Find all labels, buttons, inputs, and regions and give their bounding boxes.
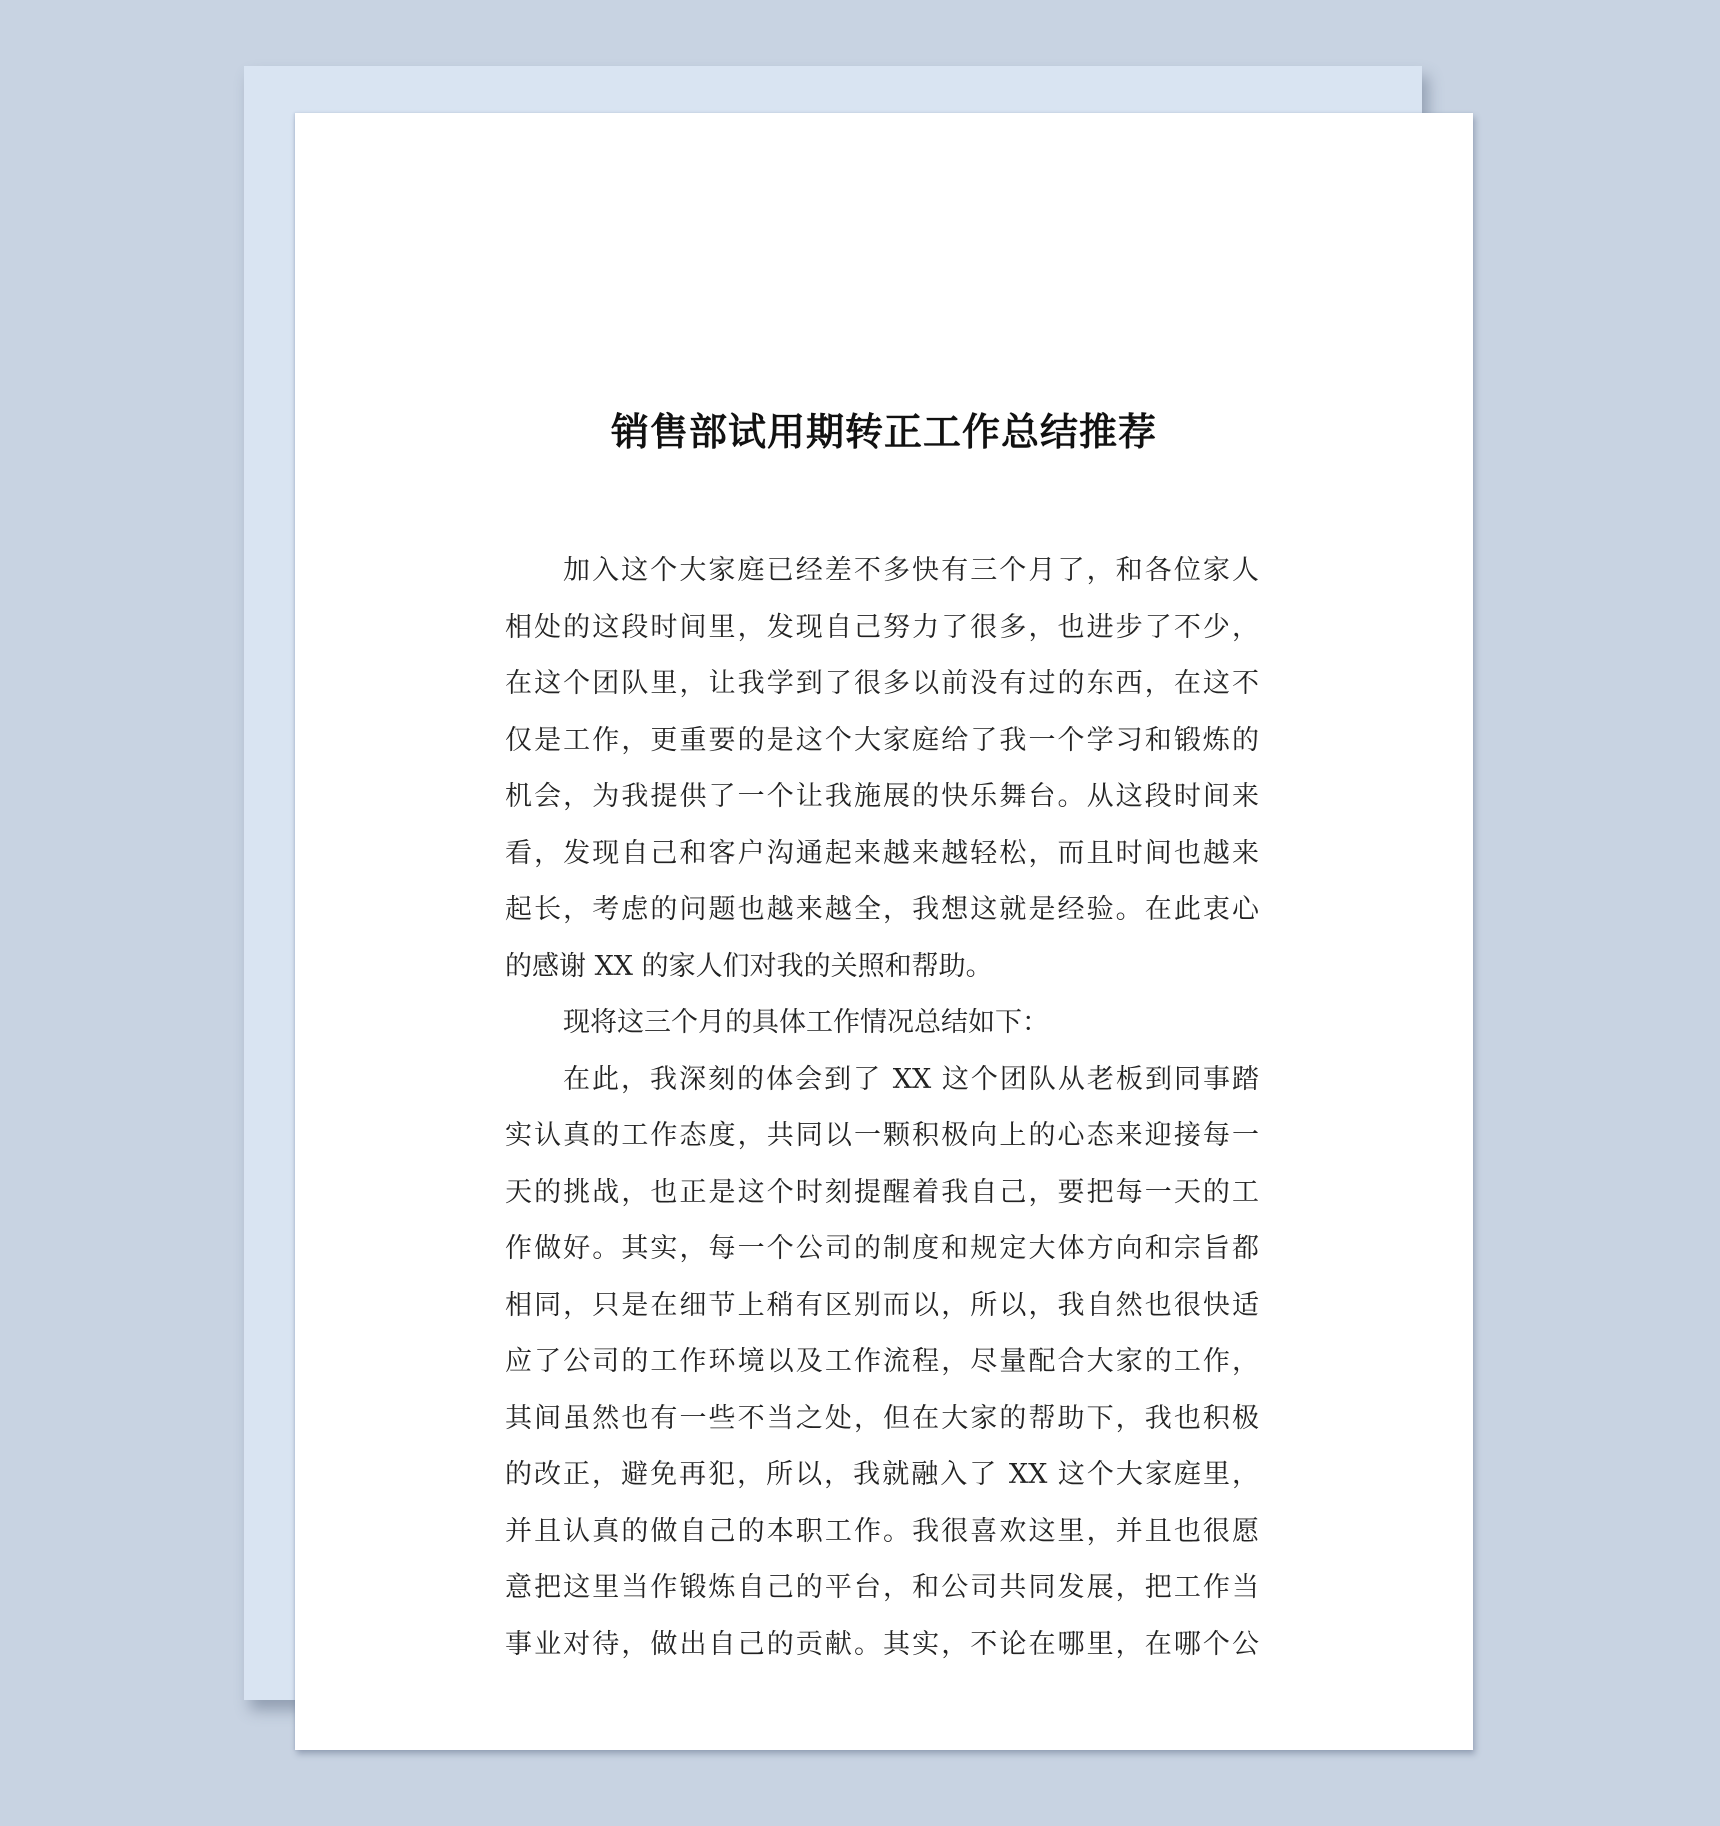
body-line: 现将这三个月的具体工作情况总结如下：	[505, 995, 1259, 1052]
body-line: 相处的这段时间里，发现自己努力了很多，也进步了不少，	[505, 600, 1259, 657]
body-line: 看，发现自己和客户沟通起来越来越轻松，而且时间也越来	[505, 826, 1259, 883]
body-line: 在这个团队里，让我学到了很多以前没有过的东西，在这不	[505, 656, 1259, 713]
body-line: 意把这里当作锻炼自己的平台，和公司共同发展，把工作当	[505, 1560, 1259, 1617]
body-line: 相同，只是在细节上稍有区别而以，所以，我自然也很快适	[505, 1278, 1259, 1335]
front-page-sheet: 销售部试用期转正工作总结推荐 加入这个大家庭已经差不多快有三个月了，和各位家人 …	[295, 113, 1473, 1750]
body-line: 机会，为我提供了一个让我施展的快乐舞台。从这段时间来	[505, 769, 1259, 826]
document-title: 销售部试用期转正工作总结推荐	[295, 413, 1473, 451]
body-line: 应了公司的工作环境以及工作流程，尽量配合大家的工作，	[505, 1334, 1259, 1391]
body-line: 其间虽然也有一些不当之处，但在大家的帮助下，我也积极	[505, 1391, 1259, 1448]
body-line: 仅是工作，更重要的是这个大家庭给了我一个学习和锻炼的	[505, 713, 1259, 770]
body-line: 加入这个大家庭已经差不多快有三个月了，和各位家人	[505, 543, 1259, 600]
body-line: 作做好。其实，每一个公司的制度和规定大体方向和宗旨都	[505, 1221, 1259, 1278]
body-line: 事业对待，做出自己的贡献。其实，不论在哪里，在哪个公	[505, 1617, 1259, 1674]
body-line: 的感谢 XX 的家人们对我的关照和帮助。	[505, 939, 1259, 996]
body-line: 的改正，避免再犯，所以，我就融入了 XX 这个大家庭里，	[505, 1447, 1259, 1504]
body-line: 在此，我深刻的体会到了 XX 这个团队从老板到同事踏	[505, 1052, 1259, 1109]
document-body: 加入这个大家庭已经差不多快有三个月了，和各位家人 相处的这段时间里，发现自己努力…	[505, 543, 1259, 1673]
body-line: 天的挑战，也正是这个时刻提醒着我自己，要把每一天的工	[505, 1165, 1259, 1222]
body-line: 实认真的工作态度，共同以一颗积极向上的心态来迎接每一	[505, 1108, 1259, 1165]
body-line: 并且认真的做自己的本职工作。我很喜欢这里，并且也很愿	[505, 1504, 1259, 1561]
body-line: 起长，考虑的问题也越来越全，我想这就是经验。在此衷心	[505, 882, 1259, 939]
